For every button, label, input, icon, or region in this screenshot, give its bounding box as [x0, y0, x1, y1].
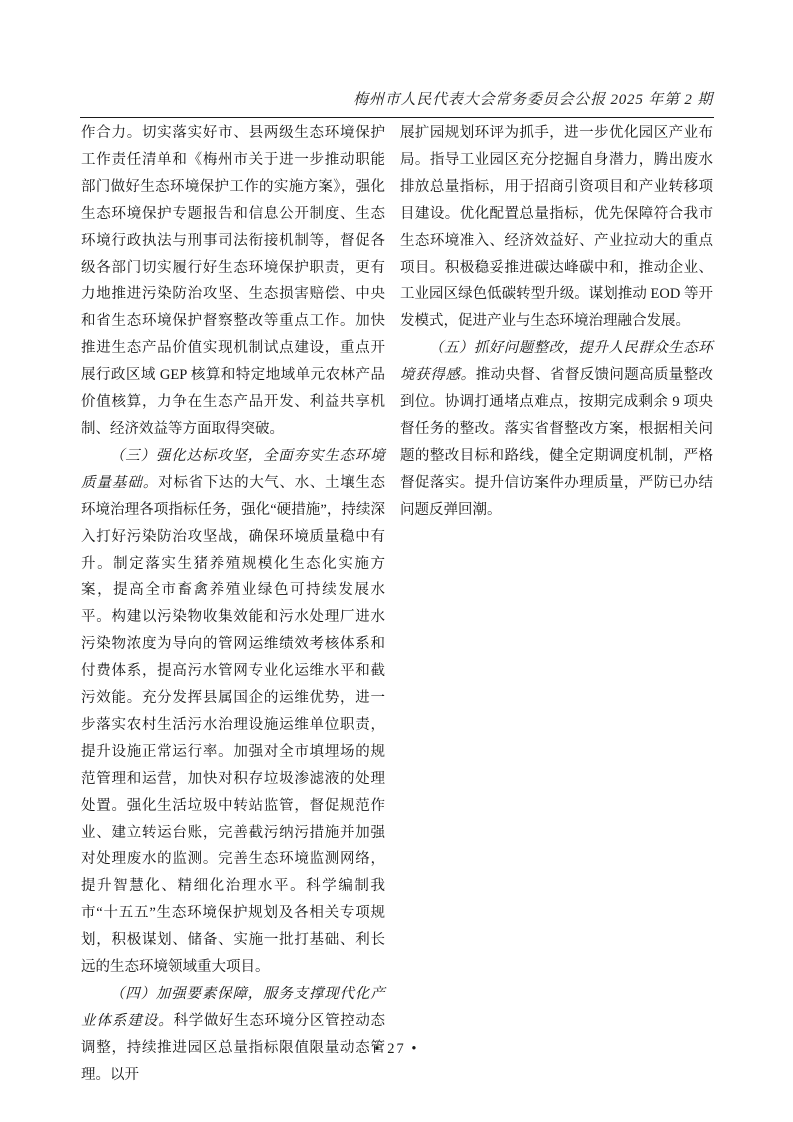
gazette-page: 梅州市人民代表大会常务委员会公报 2025 年第 2 期 作合力。切实落实好市、…	[0, 0, 793, 1122]
paragraph-lead: （五）抓好问题整改，提升人民群众生态环境获得感。	[400, 340, 713, 383]
paragraph-lead: （三）强化达标攻坚，全面夯实生态环境质量基础。	[81, 448, 385, 491]
header-rule	[80, 117, 714, 118]
running-header: 梅州市人民代表大会常务委员会公报 2025 年第 2 期	[81, 88, 713, 109]
paragraph: （五）抓好问题整改，提升人民群众生态环境获得感。推动央督、省督反馈问题高质量整改…	[400, 335, 713, 523]
body-columns: 作合力。切实落实好市、县两级生态环境保护工作责任清单和《梅州市关于进一步推动职能…	[81, 120, 713, 1089]
paragraph-lead: （四）加强要素保障，服务支撑现代化产业体系建设。	[81, 986, 385, 1029]
paragraph: 作合力。切实落实好市、县两级生态环境保护工作责任清单和《梅州市关于进一步推动职能…	[81, 120, 385, 443]
paragraph: （三）强化达标攻坚，全面夯实生态环境质量基础。对标省下达的大气、水、土壤生态环境…	[81, 443, 385, 981]
left-column: 作合力。切实落实好市、县两级生态环境保护工作责任清单和《梅州市关于进一步推动职能…	[81, 120, 385, 1089]
page-number: • 27 •	[0, 1041, 793, 1058]
paragraph: （四）加强要素保障，服务支撑现代化产业体系建设。科学做好生态环境分区管控动态调整…	[81, 981, 385, 1089]
right-column: 展扩园规划环评为抓手，进一步优化园区产业布局。指导工业园区充分挖掘自身潜力，腾出…	[400, 120, 713, 1089]
paragraph: 展扩园规划环评为抓手，进一步优化园区产业布局。指导工业园区充分挖掘自身潜力，腾出…	[400, 120, 713, 335]
